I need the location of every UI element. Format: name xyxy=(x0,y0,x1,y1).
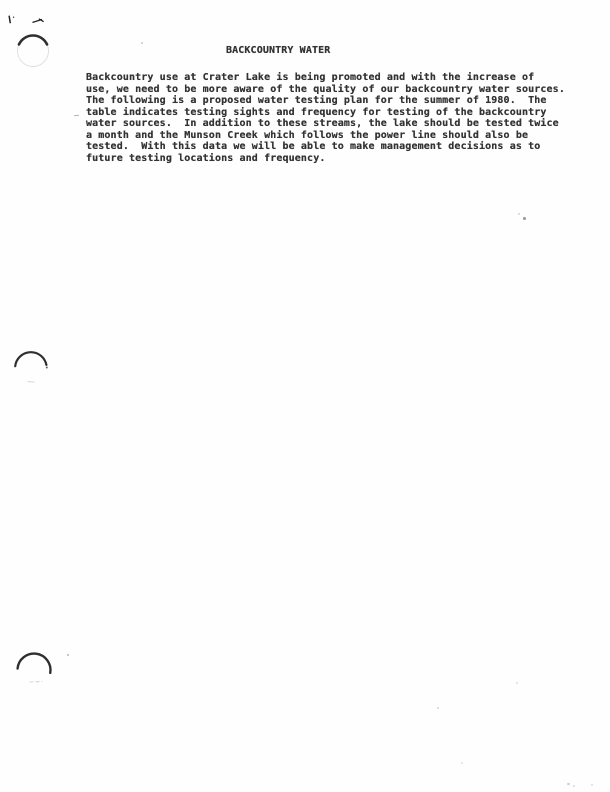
scan-speck xyxy=(516,682,518,684)
scan-speck xyxy=(567,783,570,785)
punch-hole-mark-top xyxy=(15,33,51,69)
scan-speck xyxy=(67,654,69,656)
scan-speck xyxy=(461,762,463,764)
punch-hole-mark-bottom xyxy=(15,651,53,689)
scan-speck xyxy=(141,42,143,44)
punch-hole-mark-middle xyxy=(13,351,49,387)
margin-dash-mark xyxy=(74,115,79,117)
pen-scribble-mark xyxy=(5,13,55,33)
document-paragraph: Backcountry use at Crater Lake is being … xyxy=(86,72,565,164)
scanned-document-page: BACKCOUNTRY WATER Backcountry use at Cra… xyxy=(0,0,610,792)
scan-speck xyxy=(573,785,575,787)
scan-speck xyxy=(518,213,520,215)
scan-speck xyxy=(591,784,593,786)
scan-speck xyxy=(523,217,526,220)
document-title: BACKCOUNTRY WATER xyxy=(226,45,330,56)
scan-speck xyxy=(437,707,439,709)
